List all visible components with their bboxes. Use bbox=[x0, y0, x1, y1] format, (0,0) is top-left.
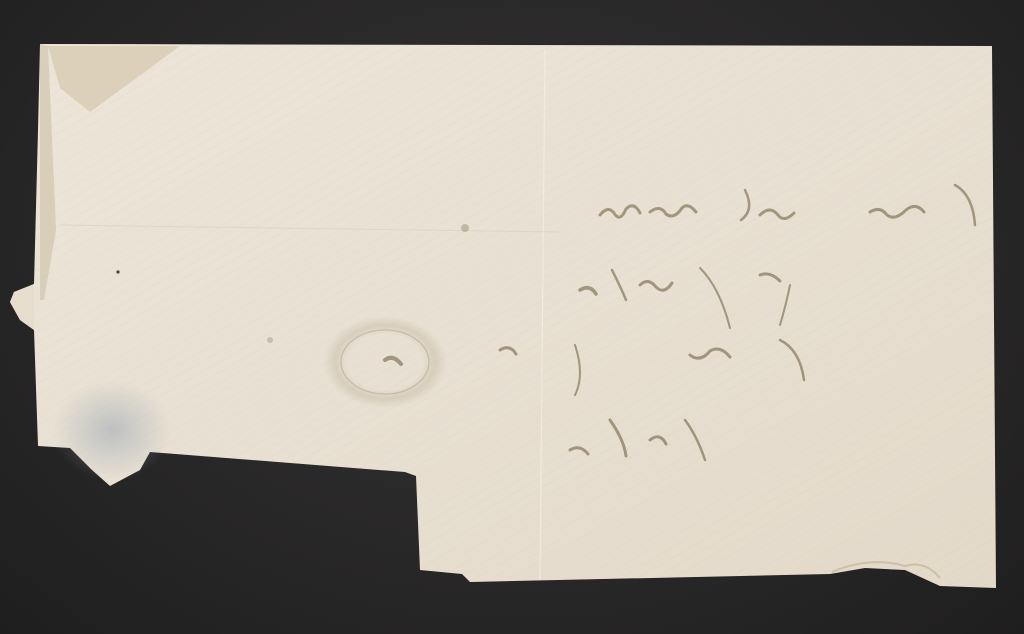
torn-tab bbox=[10, 284, 34, 330]
photo-scene bbox=[0, 0, 1024, 634]
stain bbox=[52, 380, 172, 480]
envelope-fragment bbox=[0, 0, 1024, 634]
